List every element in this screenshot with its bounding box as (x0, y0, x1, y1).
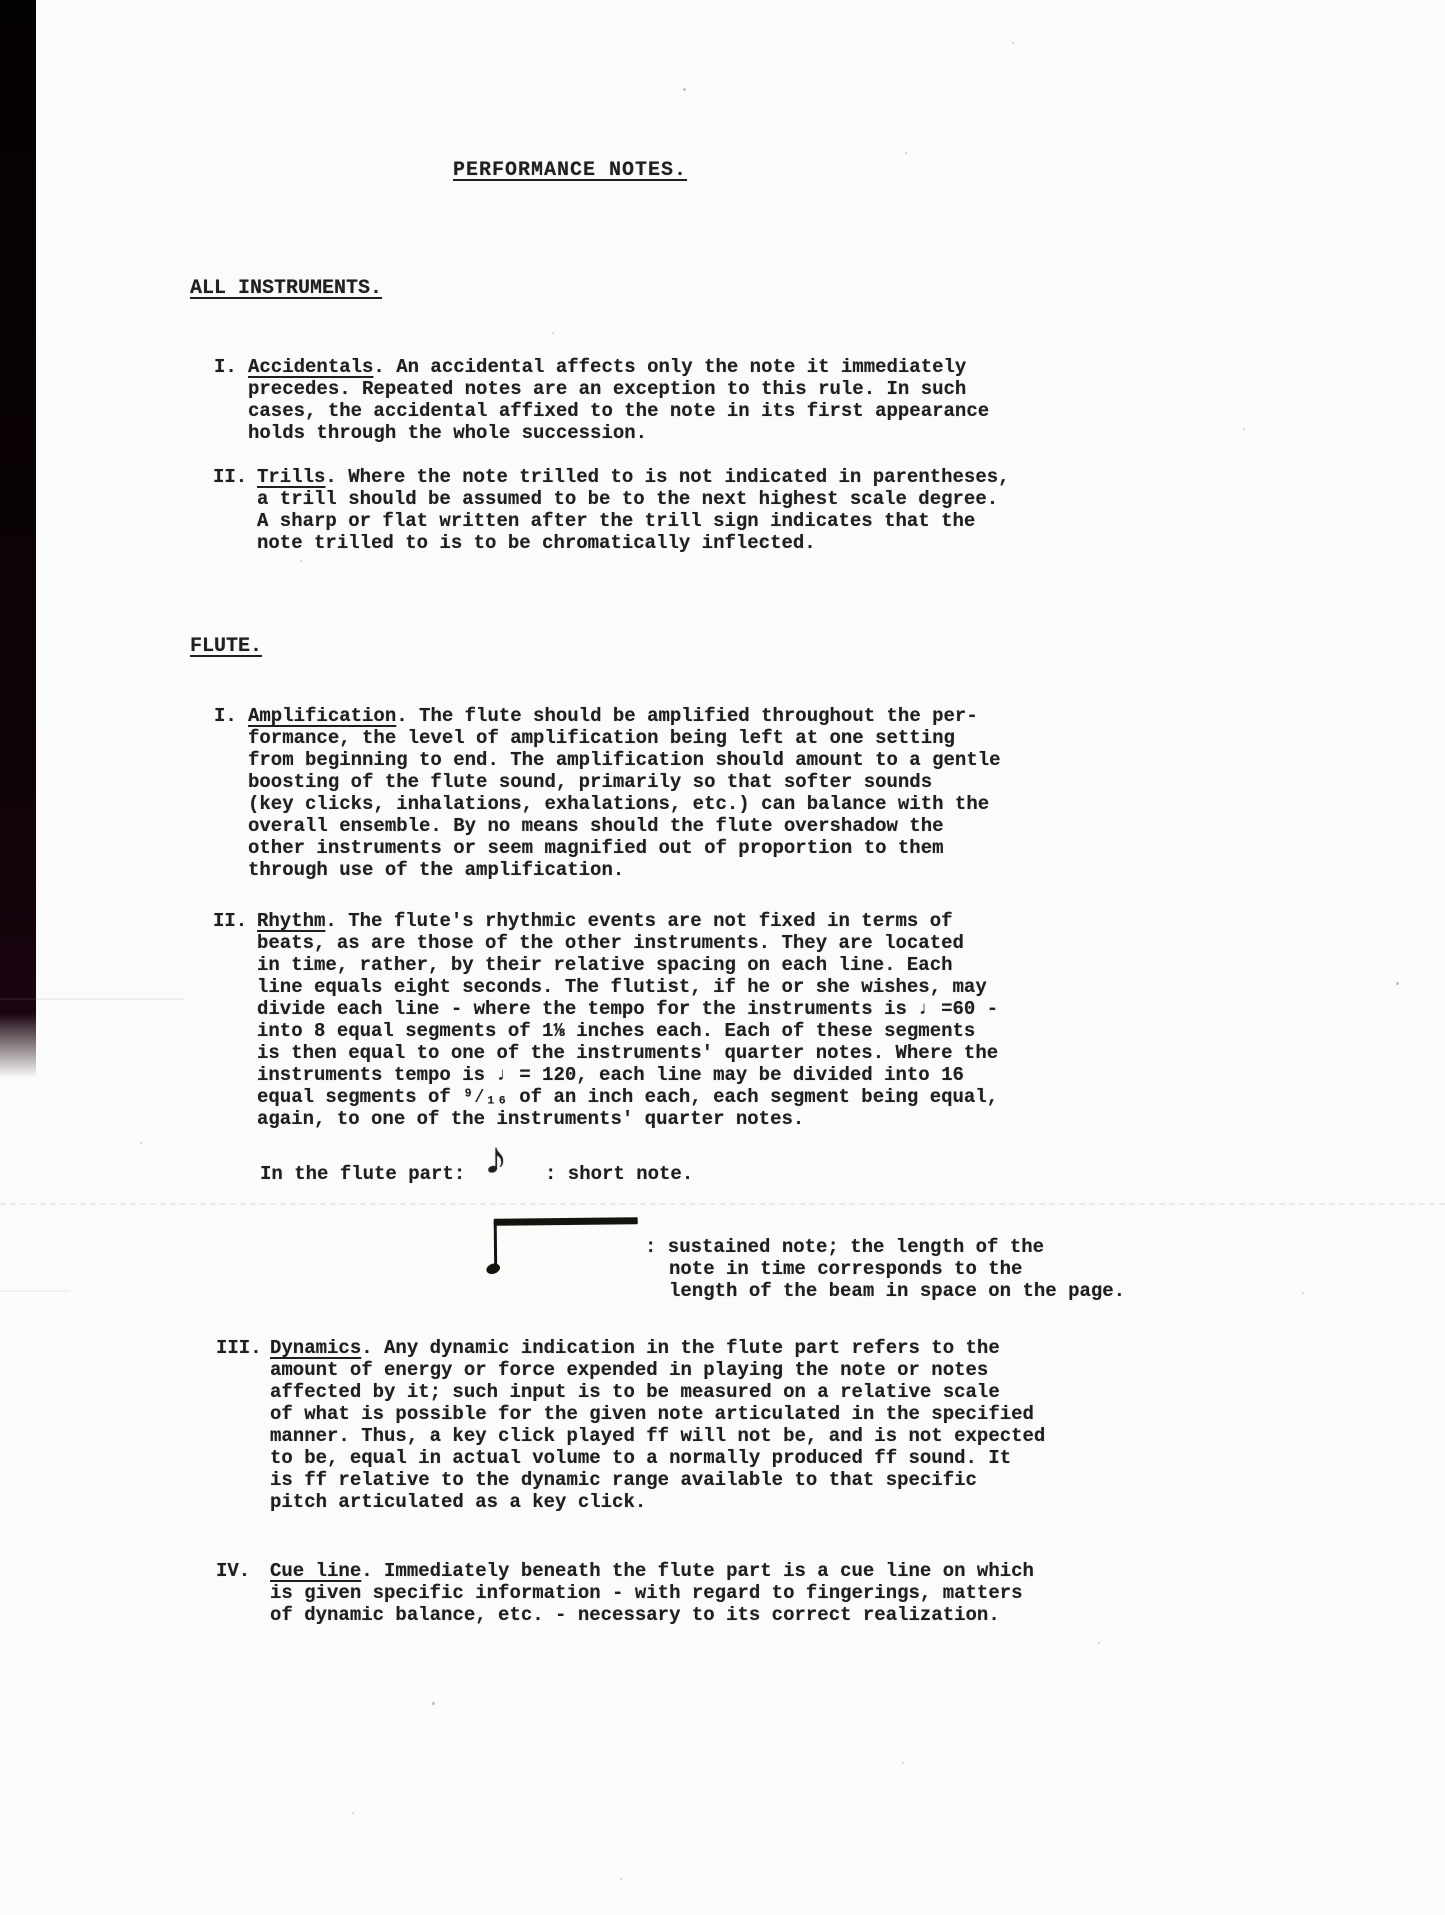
item-first-line-rest: . The flute should be amplified througho… (396, 705, 978, 727)
flute-part-label: In the flute part: (260, 1163, 465, 1185)
list-item-amplification: I. Amplification. The flute should be am… (248, 705, 1048, 881)
item-first-line: Trills. Where the note trilled to is not… (257, 466, 1057, 488)
speckle-dot (1302, 1292, 1304, 1294)
item-first-line-rest: . The flute's rhythmic events are not fi… (325, 910, 952, 932)
section-heading-text: FLUTE. (190, 635, 262, 658)
speckle-dot (1396, 982, 1399, 985)
speckle-dot (432, 1702, 435, 1705)
note-head (485, 1262, 501, 1276)
note-beam (494, 1217, 638, 1226)
speckle-dot (905, 152, 907, 154)
speckle-dot (1012, 42, 1014, 44)
scan-artifact-bar (0, 0, 36, 1078)
sustained-note-figure (486, 1217, 647, 1281)
speckle-dot (620, 1878, 622, 1880)
item-body: a trill should be assumed to be to the n… (257, 488, 1057, 554)
item-number: II. (213, 910, 247, 932)
speckle-dot (1098, 1642, 1100, 1644)
speckle-dot (1243, 428, 1245, 430)
list-item-rhythm: II. Rhythm. The flute's rhythmic events … (257, 910, 1057, 1130)
speckle-dot (140, 1142, 142, 1144)
short-note-caption: : short note. (545, 1163, 693, 1185)
item-first-line-rest: . Immediately beneath the flute part is … (361, 1560, 1034, 1582)
item-first-line: Cue line. Immediately beneath the flute … (270, 1560, 1070, 1582)
item-body: is given specific information - with reg… (270, 1582, 1070, 1626)
item-keyword: Accidentals (248, 356, 373, 378)
item-number: I. (214, 356, 237, 378)
speckle-dot (683, 88, 686, 91)
speckle-dot (300, 560, 302, 562)
item-body: beats, as are those of the other instrum… (257, 932, 1057, 1130)
item-keyword: Trills (257, 466, 325, 488)
speckle-dot (552, 332, 554, 334)
scan-streak (0, 1290, 70, 1292)
speckle-dot (352, 1812, 354, 1814)
speckle-dot (902, 1762, 904, 1764)
item-body: amount of energy or force expended in pl… (270, 1359, 1070, 1513)
item-number: II. (213, 466, 247, 488)
sustained-note-caption: : sustained note; the length of the note… (645, 1236, 1149, 1302)
item-first-line-rest: . An accidental affects only the note it… (373, 356, 966, 378)
item-keyword: Dynamics (270, 1337, 361, 1359)
item-first-line: Rhythm. The flute's rhythmic events are … (257, 910, 1057, 932)
item-first-line-rest: . Where the note trilled to is not indic… (325, 466, 1009, 488)
item-first-line: Accidentals. An accidental affects only … (248, 356, 1048, 378)
item-number: I. (214, 705, 237, 727)
list-item-dynamics: III. Dynamics. Any dynamic indication in… (270, 1337, 1070, 1513)
scan-streak (0, 998, 185, 1000)
item-keyword: Cue line (270, 1560, 361, 1582)
list-item-trills: II. Trills. Where the note trilled to is… (257, 466, 1057, 554)
list-item-cue-line: IV. Cue line. Immediately beneath the fl… (270, 1560, 1070, 1626)
page-title: PERFORMANCE NOTES. (453, 160, 687, 182)
list-item-accidentals: I. Accidentals. An accidental affects on… (248, 356, 1048, 444)
item-number: III. (216, 1337, 262, 1359)
item-body: formance, the level of amplification bei… (248, 727, 1048, 881)
document-page: PERFORMANCE NOTES. ALL INSTRUMENTS. I. A… (0, 0, 1445, 1915)
section-heading-all-instruments: ALL INSTRUMENTS. (190, 278, 382, 300)
item-first-line: Dynamics. Any dynamic indication in the … (270, 1337, 1070, 1359)
item-first-line-rest: . Any dynamic indication in the flute pa… (361, 1337, 1000, 1359)
section-heading-text: ALL INSTRUMENTS. (190, 277, 382, 300)
item-keyword: Rhythm (257, 910, 325, 932)
eighth-note-icon: ♪ (482, 1138, 510, 1184)
section-heading-flute: FLUTE. (190, 636, 262, 658)
item-keyword: Amplification (248, 705, 396, 727)
item-first-line: Amplification. The flute should be ampli… (248, 705, 1048, 727)
item-number: IV. (216, 1560, 250, 1582)
scan-streak (0, 1203, 1445, 1205)
item-body: precedes. Repeated notes are an exceptio… (248, 378, 1048, 444)
